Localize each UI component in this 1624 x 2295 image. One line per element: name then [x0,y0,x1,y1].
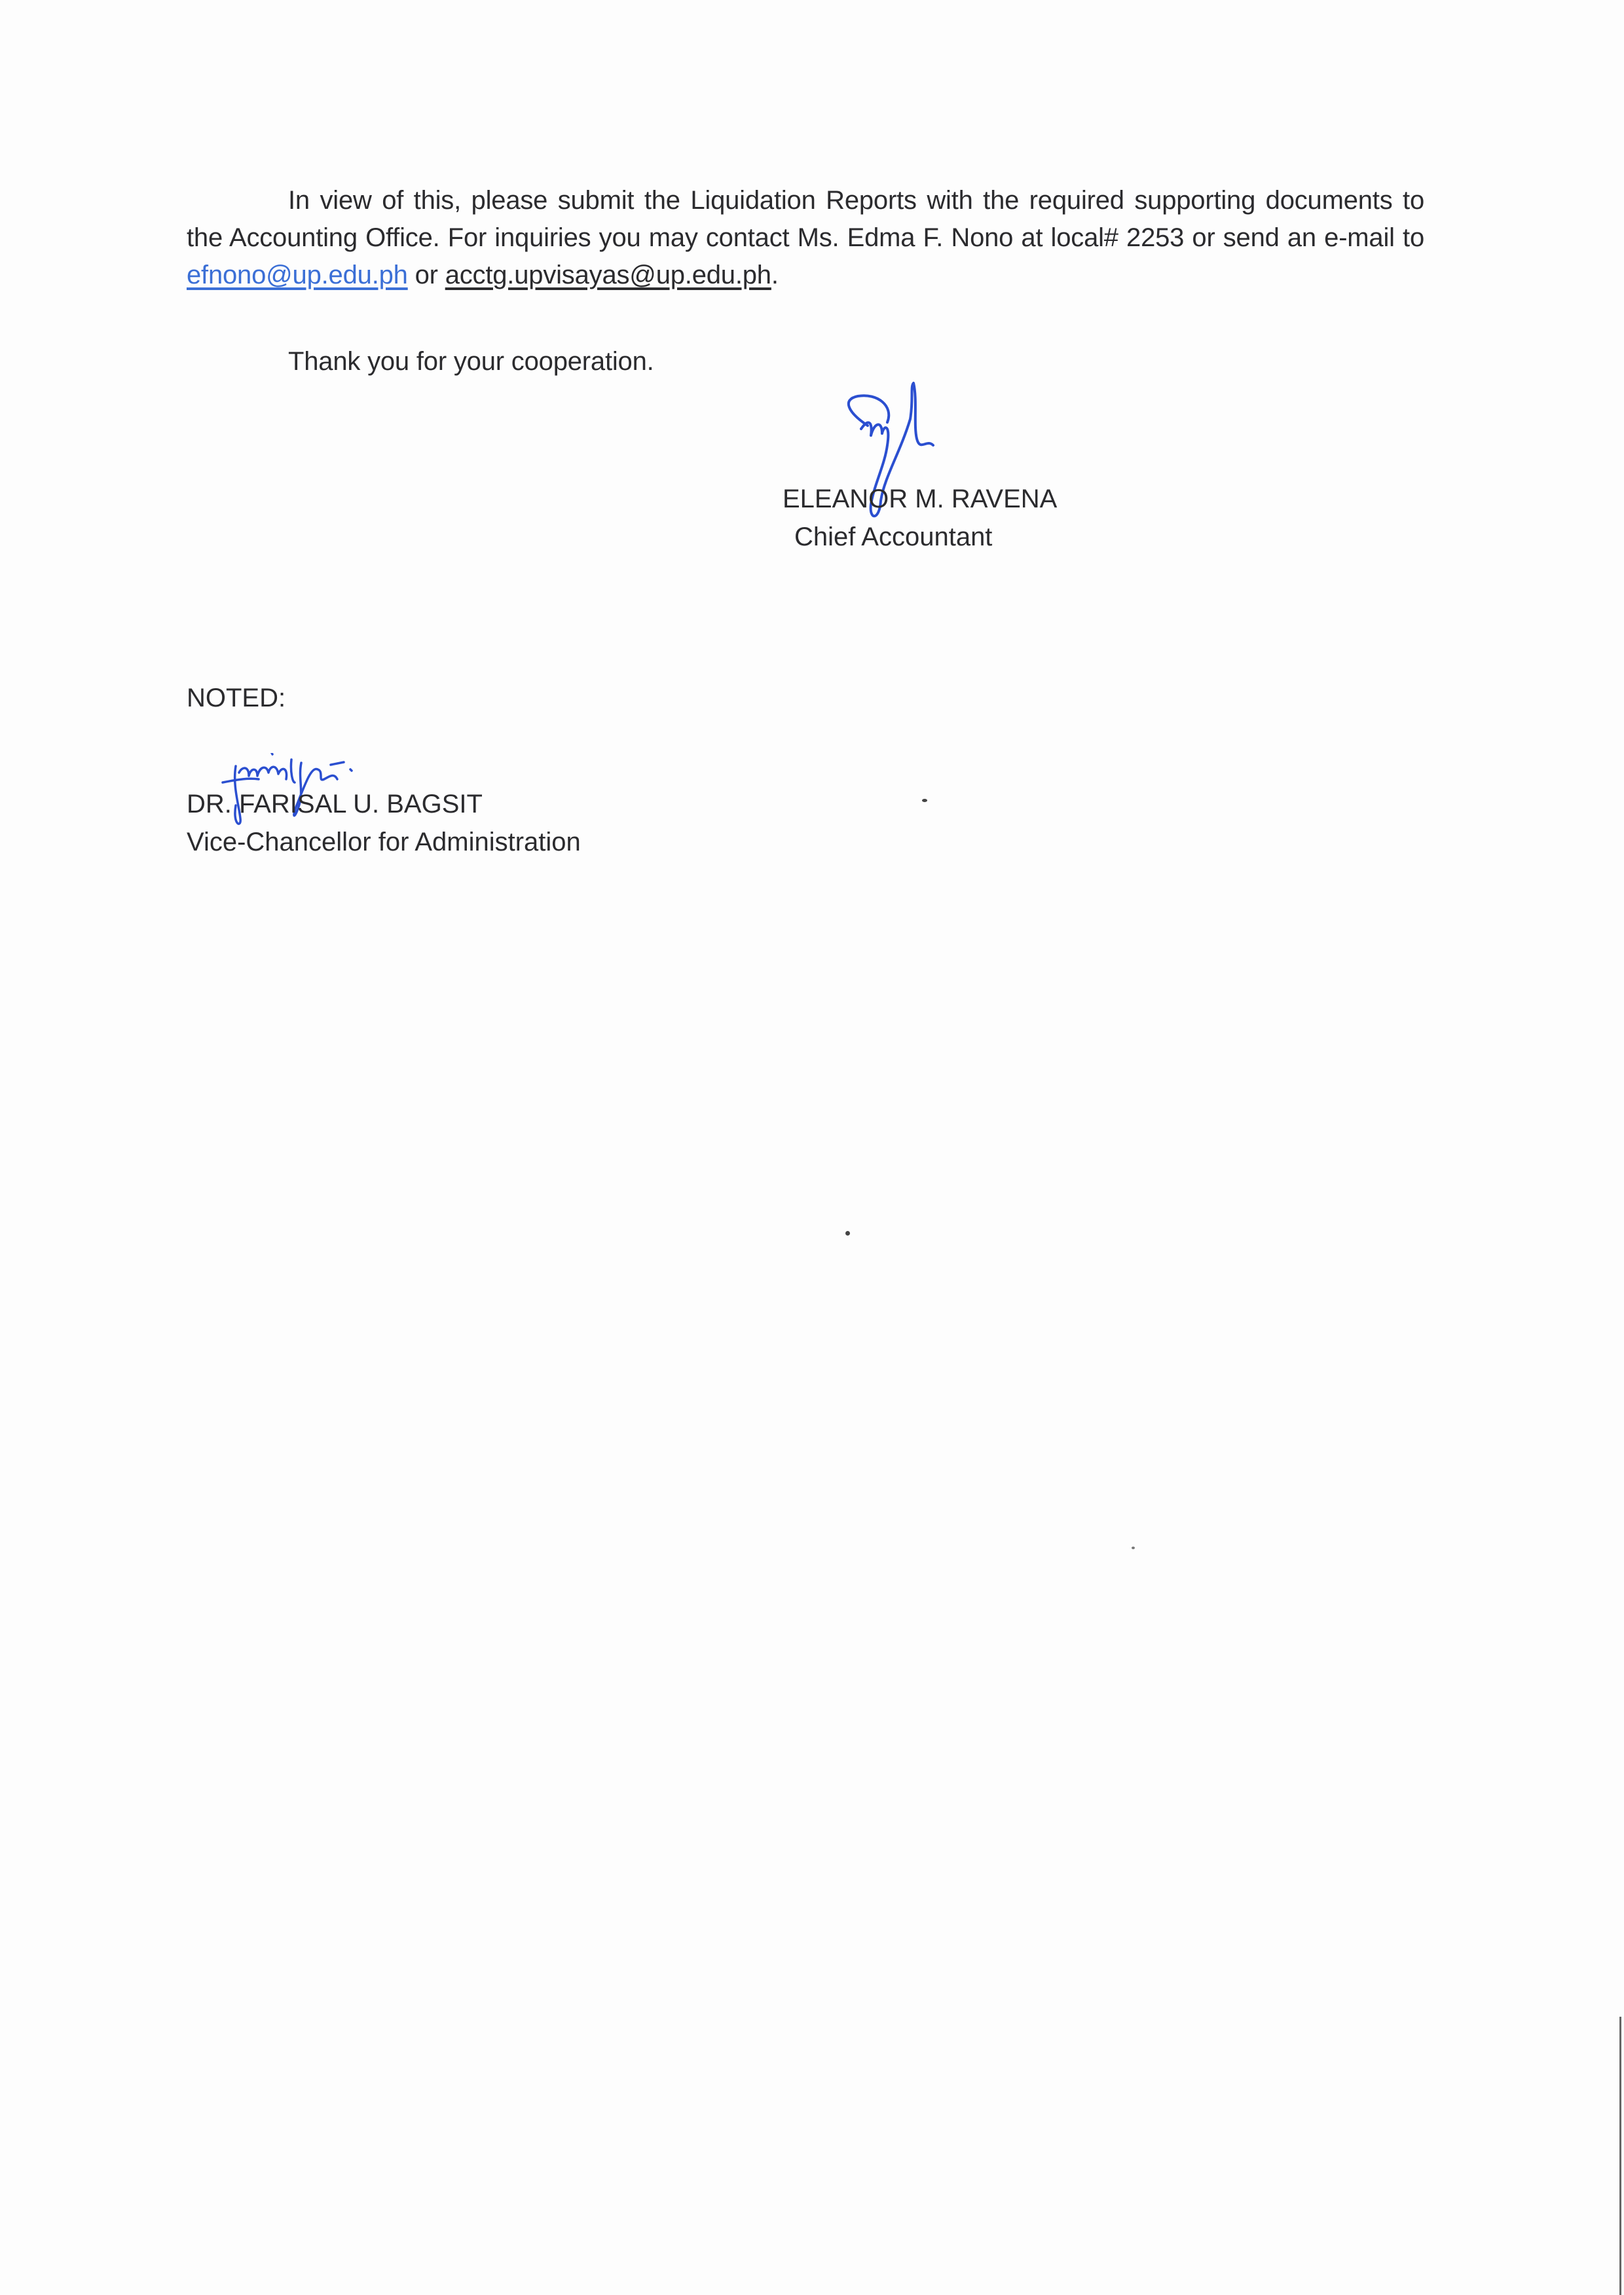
body-paragraph-request: In view of this, please submit the Liqui… [187,182,1424,294]
signatory-name: ELEANOR M. RAVENA [783,483,1057,515]
scan-edge-line [1619,2017,1621,2295]
paragraph-text-between: or [408,261,445,289]
signature-block-vice-chancellor: DR. FARISAL U. BAGSIT Vice-Chancellor fo… [187,753,710,884]
scan-speck [922,799,927,802]
email-link-accounting[interactable]: acctg.upvisayas@up.edu.ph [445,261,771,289]
scan-speck [1132,1547,1135,1549]
scan-speck [845,1231,850,1236]
email-link-efnono[interactable]: efnono@up.edu.ph [187,261,408,289]
signatory-title: Vice-Chancellor for Administration [187,826,581,858]
signature-block-chief-accountant: ELEANOR M. RAVENA Chief Accountant [783,367,1110,563]
paragraph-text-before: In view of this, please submit the Liqui… [187,186,1424,252]
signatory-name: DR. FARISAL U. BAGSIT [187,788,483,820]
signatory-title: Chief Accountant [794,521,992,553]
body-paragraph-thanks: Thank you for your cooperation. [288,343,654,380]
noted-label: NOTED: [187,682,286,714]
letter-page: In view of this, please submit the Liqui… [0,0,1624,2295]
paragraph-text-after: . [771,261,779,289]
